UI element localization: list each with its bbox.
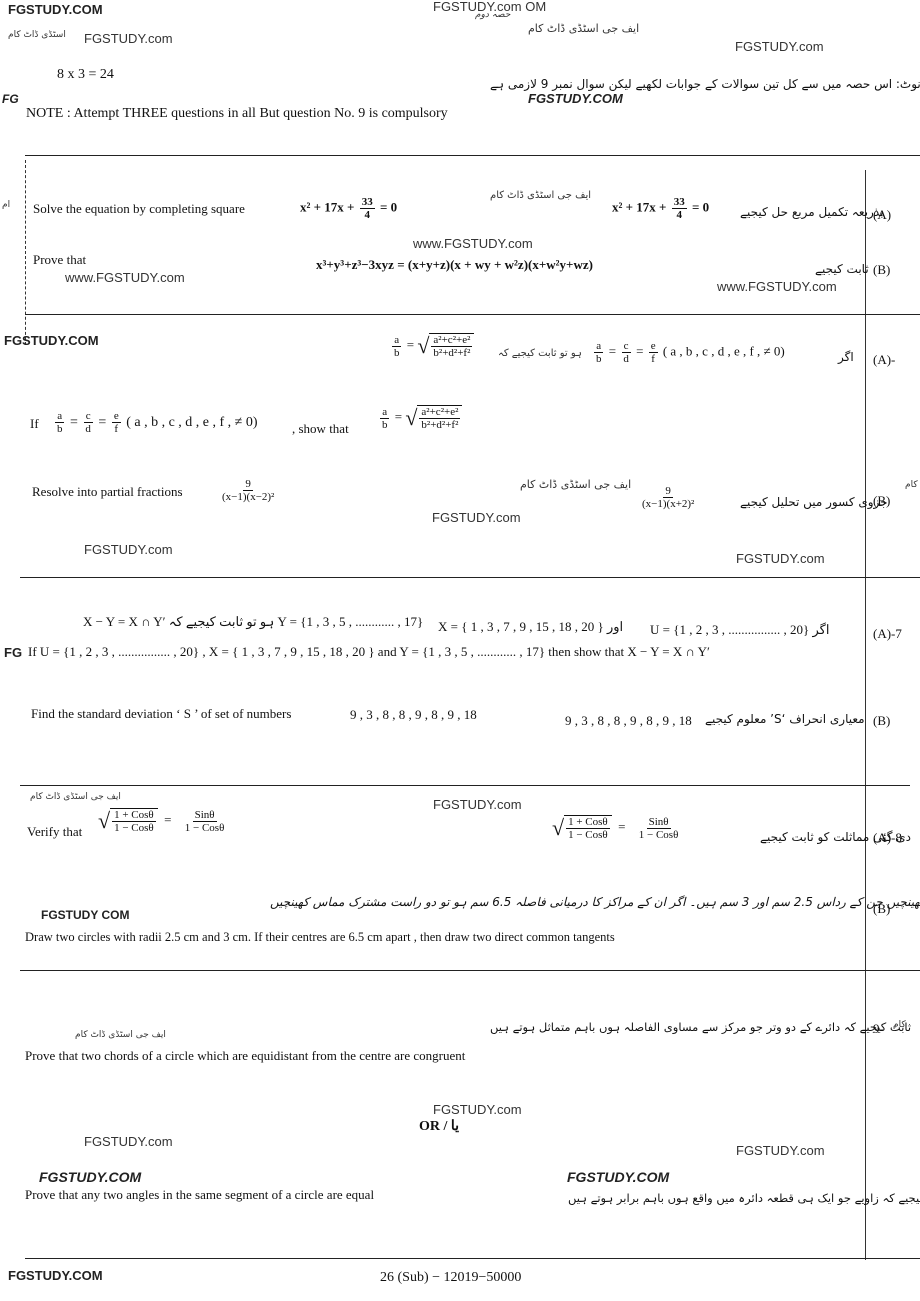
q8a-identity-urdu-side: √1 + Cosθ1 − Cosθ = Sinθ1 − Cosθ [552,815,682,841]
q5b-english: Prove that [33,252,86,268]
watermark: FGSTUDY.COM [4,333,99,348]
q7a-urdu-line-left: X − Y = X ∩ Y′ ہو تو ثابت کیجیے کہ Y = {… [83,614,423,630]
q8a-identity: √1 + Cosθ1 − Cosθ = Sinθ1 − Cosθ [98,808,228,834]
q7b-data: 9 , 3 , 8 , 8 , 9 , 8 , 9 , 18 [350,707,477,723]
q5b-urdu: ثابت کیجیے [815,262,869,276]
section-title-urdu: حصہ دوم [475,10,510,20]
watermark: FGSTUDY.com [84,542,173,557]
q7b-english: Find the standard deviation ‘ S ’ of set… [31,706,291,722]
watermark: FGSTUDY.com [736,551,825,566]
divider [25,160,26,345]
q7a-urdu-line-mid: X = { 1 , 3 , 7 , 9 , 15 , 18 , 20 } اور [438,619,623,635]
margin-mark: کام [905,480,918,490]
label-6a: (A)- [873,352,895,368]
watermark: FGSTUDY.com [433,1102,522,1117]
watermark: FGSTUDY.COM [567,1169,669,1185]
q9-alt-english: Prove that any two angles in the same se… [25,1187,374,1203]
watermark: FGSTUDY.com [432,510,521,525]
divider [25,314,920,315]
q7b-data-urdu-side: 9 , 3 , 8 , 8 , 9 , 8 , 9 , 18 [565,713,692,729]
label-9: 9- [873,1021,884,1037]
q6a-urdu: ہو تو ثابت کیجیے کہ [498,348,582,359]
q5a-english: Solve the equation by completing square [33,201,245,217]
note-english: NOTE : Attempt THREE questions in all Bu… [26,106,448,122]
watermark: FGSTUDY.COM [8,1268,103,1283]
q7a-english: If U = {1 , 2 , 3 , ................ , 2… [28,644,710,660]
q6a-condition-urdu-side: ab = cd = ef ( a , b , c , d , e , f , ≠… [592,340,785,365]
q6b-urdu: جزوی کسور میں تحلیل کیجیے [740,495,888,509]
watermark: www.FGSTUDY.com [65,270,185,285]
watermark: FGSTUDY.com [433,797,522,812]
q6a-urdu-if: اگر [838,350,854,364]
q5a-equation: x² + 17x + 334 = 0 [300,196,397,221]
label-7b: (B) [873,713,890,729]
q6a-if: If [30,416,39,432]
q5a-equation-urdu-side: x² + 17x + 334 = 0 [612,196,709,221]
watermark-urdu: اسٹڈی ڈاٹ کام [8,30,66,40]
divider [20,577,920,578]
q6a-result: ab = √a²+c²+e²b²+d²+f² [378,405,462,431]
q6a-result-urdu-side: ab = √a²+c²+e²b²+d²+f² [390,333,474,359]
q5a-urdu: بذریعہ تکمیل مربع حل کیجیے [740,205,883,219]
divider [20,970,920,971]
label-5a: (A) [873,207,891,223]
label-8b: (B) [873,901,890,917]
watermark: www.FGSTUDY.com [717,279,837,294]
watermark: FGSTUDY COM [41,908,129,922]
watermark-urdu: ایف جی اسٹڈی ڈاٹ کام [75,1030,166,1040]
label-6b: (B) [873,493,890,509]
q6b-fraction-urdu-side: 9(x−1)(x+2)² [638,485,698,510]
label-7a: (A)-7 [873,626,902,642]
watermark-urdu: ایف جی اسٹڈی ڈاٹ کام [30,792,121,802]
watermark: FGSTUDY.COM [528,91,623,106]
label-5b: (B) [873,262,890,278]
watermark: FGSTUDY.com [84,31,173,46]
watermark-urdu: ایف جی اسٹڈی ڈاٹ کام [520,478,631,491]
watermark: FGSTUDY.COM [8,2,103,17]
watermark: FGSTUDY.com [735,39,824,54]
watermark: FGSTUDY.com [84,1134,173,1149]
q6b-fraction: 9(x−1)(x−2)² [218,478,278,503]
q5b-equation: x³+y³+z³−3xyz = (x+y+z)(x + wy + w²z)(x+… [316,257,593,273]
paper-code: 26 (Sub) − 12019−50000 [380,1270,521,1286]
watermark: FGSTUDY.COM [39,1169,141,1185]
watermark-urdu: ایف جی اسٹڈی ڈاٹ کام [528,22,639,35]
or-separator: OR / یا [419,1118,459,1135]
margin-mark: کام [893,1020,906,1030]
q7b-urdu: معیاری انحراف ‘S’ معلوم کیجیے [705,712,865,726]
q7a-urdu-line-right: U = {1 , 2 , 3 , ................ , 20} … [650,622,829,638]
q9-urdu: ثابت کیجیے کہ دائرے کے دو وتر جو مرکز سے… [490,1020,911,1034]
q6a-show-that: , show that [292,421,349,437]
watermark-urdu: ایف جی اسٹڈی ڈاٹ کام [490,190,591,201]
q9-alt-urdu: ثابت کیجیے کہ زاویے جو ایک ہی قطعہ دائرہ… [568,1191,920,1205]
watermark: FGSTUDY.com [736,1143,825,1158]
watermark: www.FGSTUDY.com [413,236,533,251]
label-8a: (A)-8 [873,830,902,846]
q8b-english: Draw two circles with radii 2.5 cm and 3… [25,930,615,945]
q8a-english: Verify that [27,824,82,840]
q9-english: Prove that two chords of a circle which … [25,1048,465,1064]
q6b-english: Resolve into partial fractions [32,484,183,500]
note-urdu: نوٹ: اس حصہ میں سے کل تین سوالات کے جواب… [490,77,920,91]
divider [25,1258,920,1259]
divider [865,170,866,1260]
divider [20,785,910,786]
divider [25,155,920,156]
margin-mark: ام [2,200,10,210]
marks-distribution: 8 x 3 = 24 [57,67,114,83]
q8b-urdu: دو دائرے کھینچیں جن کے رداس 2.5 سم اور 3… [270,895,920,909]
q6a-condition: ab = cd = ef ( a , b , c , d , e , f , ≠… [53,410,258,435]
